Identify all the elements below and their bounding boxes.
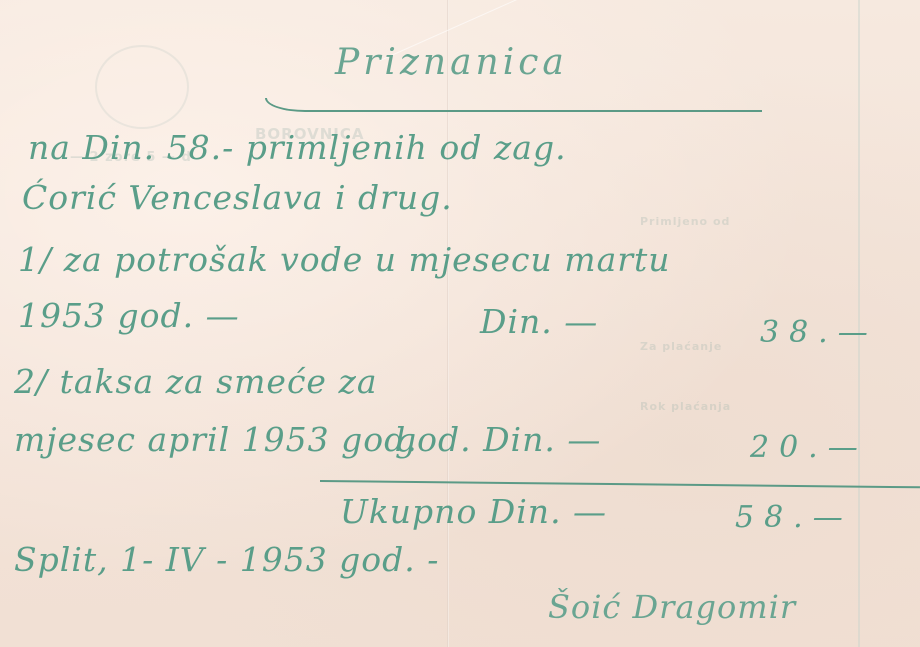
total-amount: 58.— xyxy=(735,500,853,535)
receipt-line-5: 2/ taksa za smeće za xyxy=(14,362,378,401)
title-underline xyxy=(265,98,762,112)
receipt-line-4: 1953 god. — xyxy=(18,296,240,335)
ghost-text: Primljeno od xyxy=(640,215,730,228)
place-date: Split, 1- IV - 1953 god. - xyxy=(14,540,439,579)
receipt-line-6: mjesec april 1953 god. xyxy=(14,420,418,459)
signature: Šoić Dragomir xyxy=(548,588,796,626)
item2-amount: 20.— xyxy=(750,430,868,465)
item1-currency: Din. — xyxy=(480,302,598,341)
receipt-paper: BOROVNICA — 2 zore 5 — d Primljeno od Za… xyxy=(0,0,920,647)
ghost-text: Rok plaćanja xyxy=(640,400,731,413)
receipt-line-2: Ćorić Venceslava i drug. xyxy=(22,178,453,217)
ghost-seal xyxy=(95,45,189,129)
ghost-text: Za plaćanje xyxy=(640,340,722,353)
total-label: Ukupno Din. — xyxy=(340,492,607,531)
total-rule xyxy=(320,480,920,488)
receipt-line-3: 1/ za potrošak vode u mjesecu martu xyxy=(18,240,671,279)
receipt-line-1: na Din. 58.- primljenih od zag. xyxy=(28,128,567,167)
item2-currency: god. Din. — xyxy=(395,420,601,459)
receipt-title: Priznanica xyxy=(335,42,568,83)
item1-amount: 38.— xyxy=(760,315,878,350)
